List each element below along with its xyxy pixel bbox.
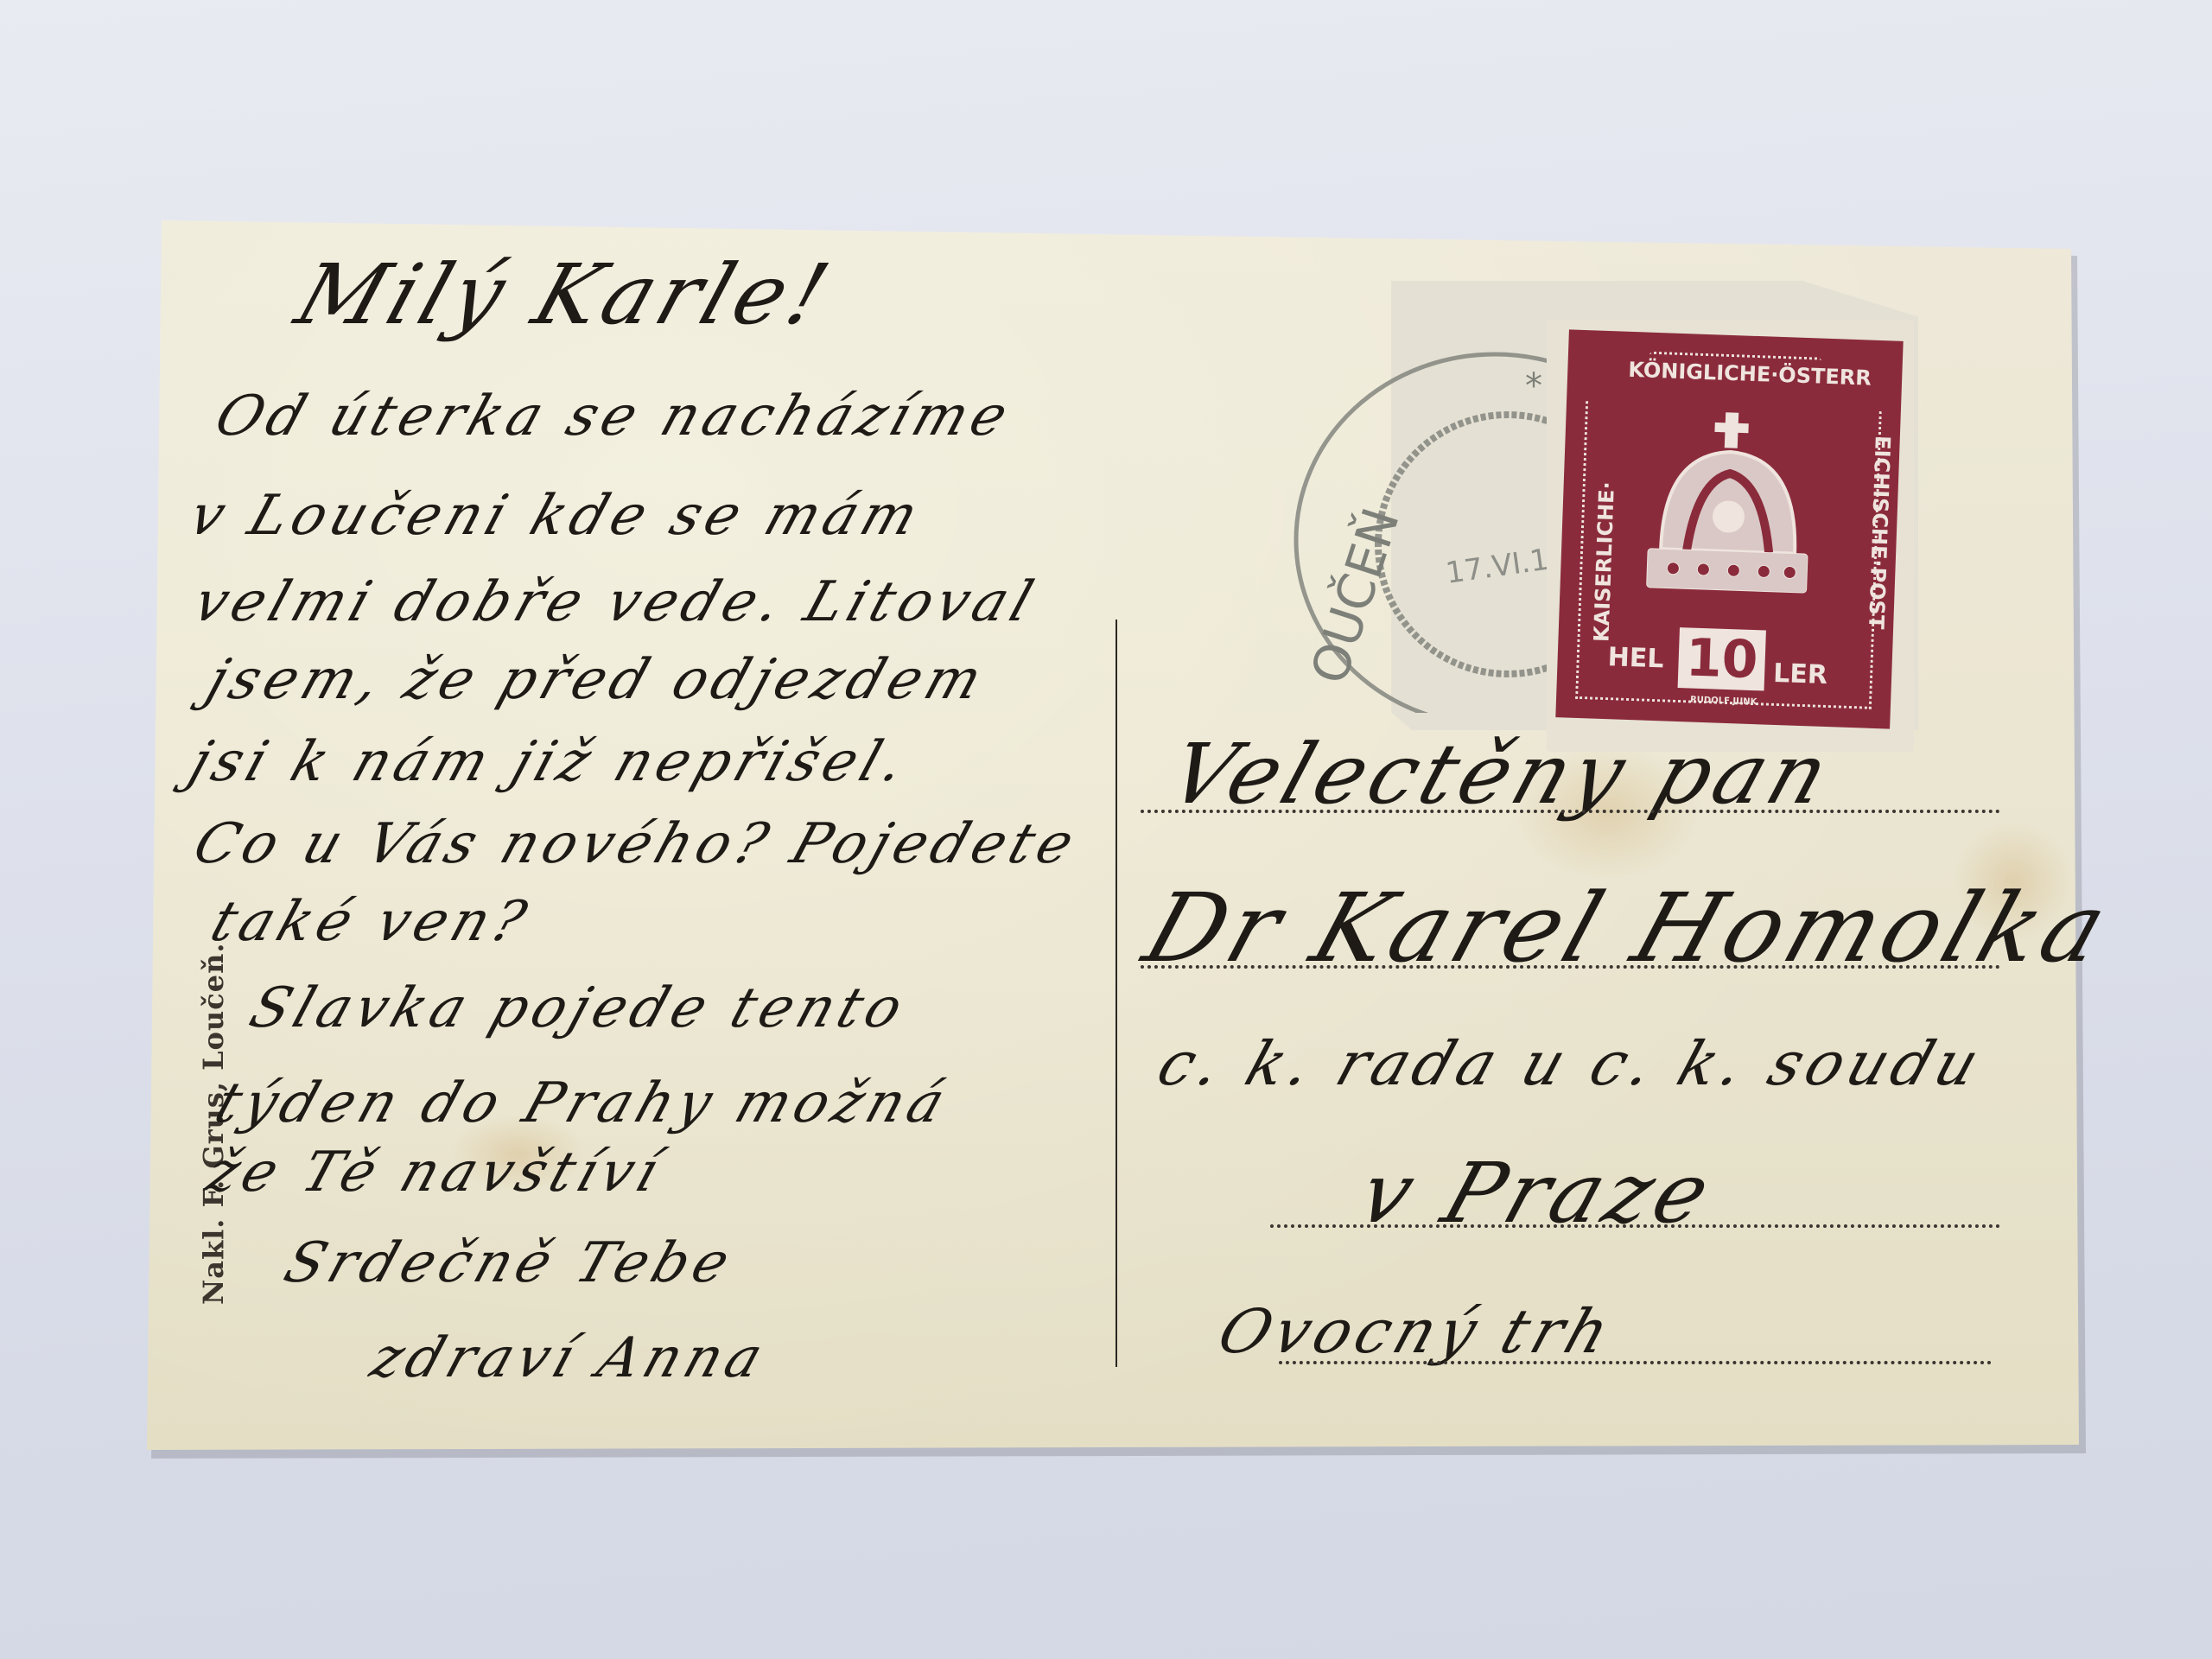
center-divider — [1116, 620, 1117, 1367]
address-title: c. k. rada u c. k. soudu — [1149, 1028, 1993, 1099]
message-line: že Tě navštíví — [199, 1141, 671, 1205]
address-street: Ovocný trh — [1210, 1296, 1623, 1367]
message-line: Srdečně Tebe — [276, 1231, 742, 1295]
stamp-denomination-left: HEL — [1607, 642, 1664, 674]
message-line: také ven? — [203, 890, 538, 954]
stamp-designer: RUDOLF JUNK — [1690, 696, 1758, 708]
message-line: Od úterka se nacházíme — [207, 385, 1020, 448]
message-line: velmi dobře vede. Litoval — [186, 570, 1046, 634]
message-line: Co u Vás nového? Pojedete — [186, 812, 1086, 876]
message-line: jsi k nám již nepřišel. — [181, 730, 918, 794]
stamp-value: 10 — [1678, 627, 1766, 690]
message-line: jsem, že před odjezdem — [199, 648, 995, 712]
message-line: v Loučeni kde se mám — [181, 484, 931, 548]
stamp-denomination-right: LER — [1773, 658, 1828, 690]
closing-signature: zdraví Anna — [363, 1326, 775, 1390]
postmark-circle-icon: OUČEŇ * 17.VI.17 — [1292, 350, 1577, 713]
postmark: OUČEŇ * 17.VI.17 — [1292, 350, 1577, 713]
message-line: Slavka pojede tento — [242, 976, 915, 1040]
svg-text:*: * — [1525, 366, 1542, 406]
address-rule — [1270, 1224, 2000, 1228]
postmark-town: OUČEŇ — [1299, 501, 1411, 691]
salutation: Milý Karle! — [285, 246, 845, 343]
address-rule — [1279, 1361, 1992, 1364]
crown-icon — [1633, 401, 1826, 606]
postage-stamp: KÖNIGLICHE·ÖSTERR KAISERLICHE· EICHISCHE… — [1555, 329, 1903, 728]
address-rule — [1141, 810, 2000, 813]
address-rule — [1141, 965, 2000, 969]
message-line: týden do Prahy možná — [207, 1071, 957, 1135]
